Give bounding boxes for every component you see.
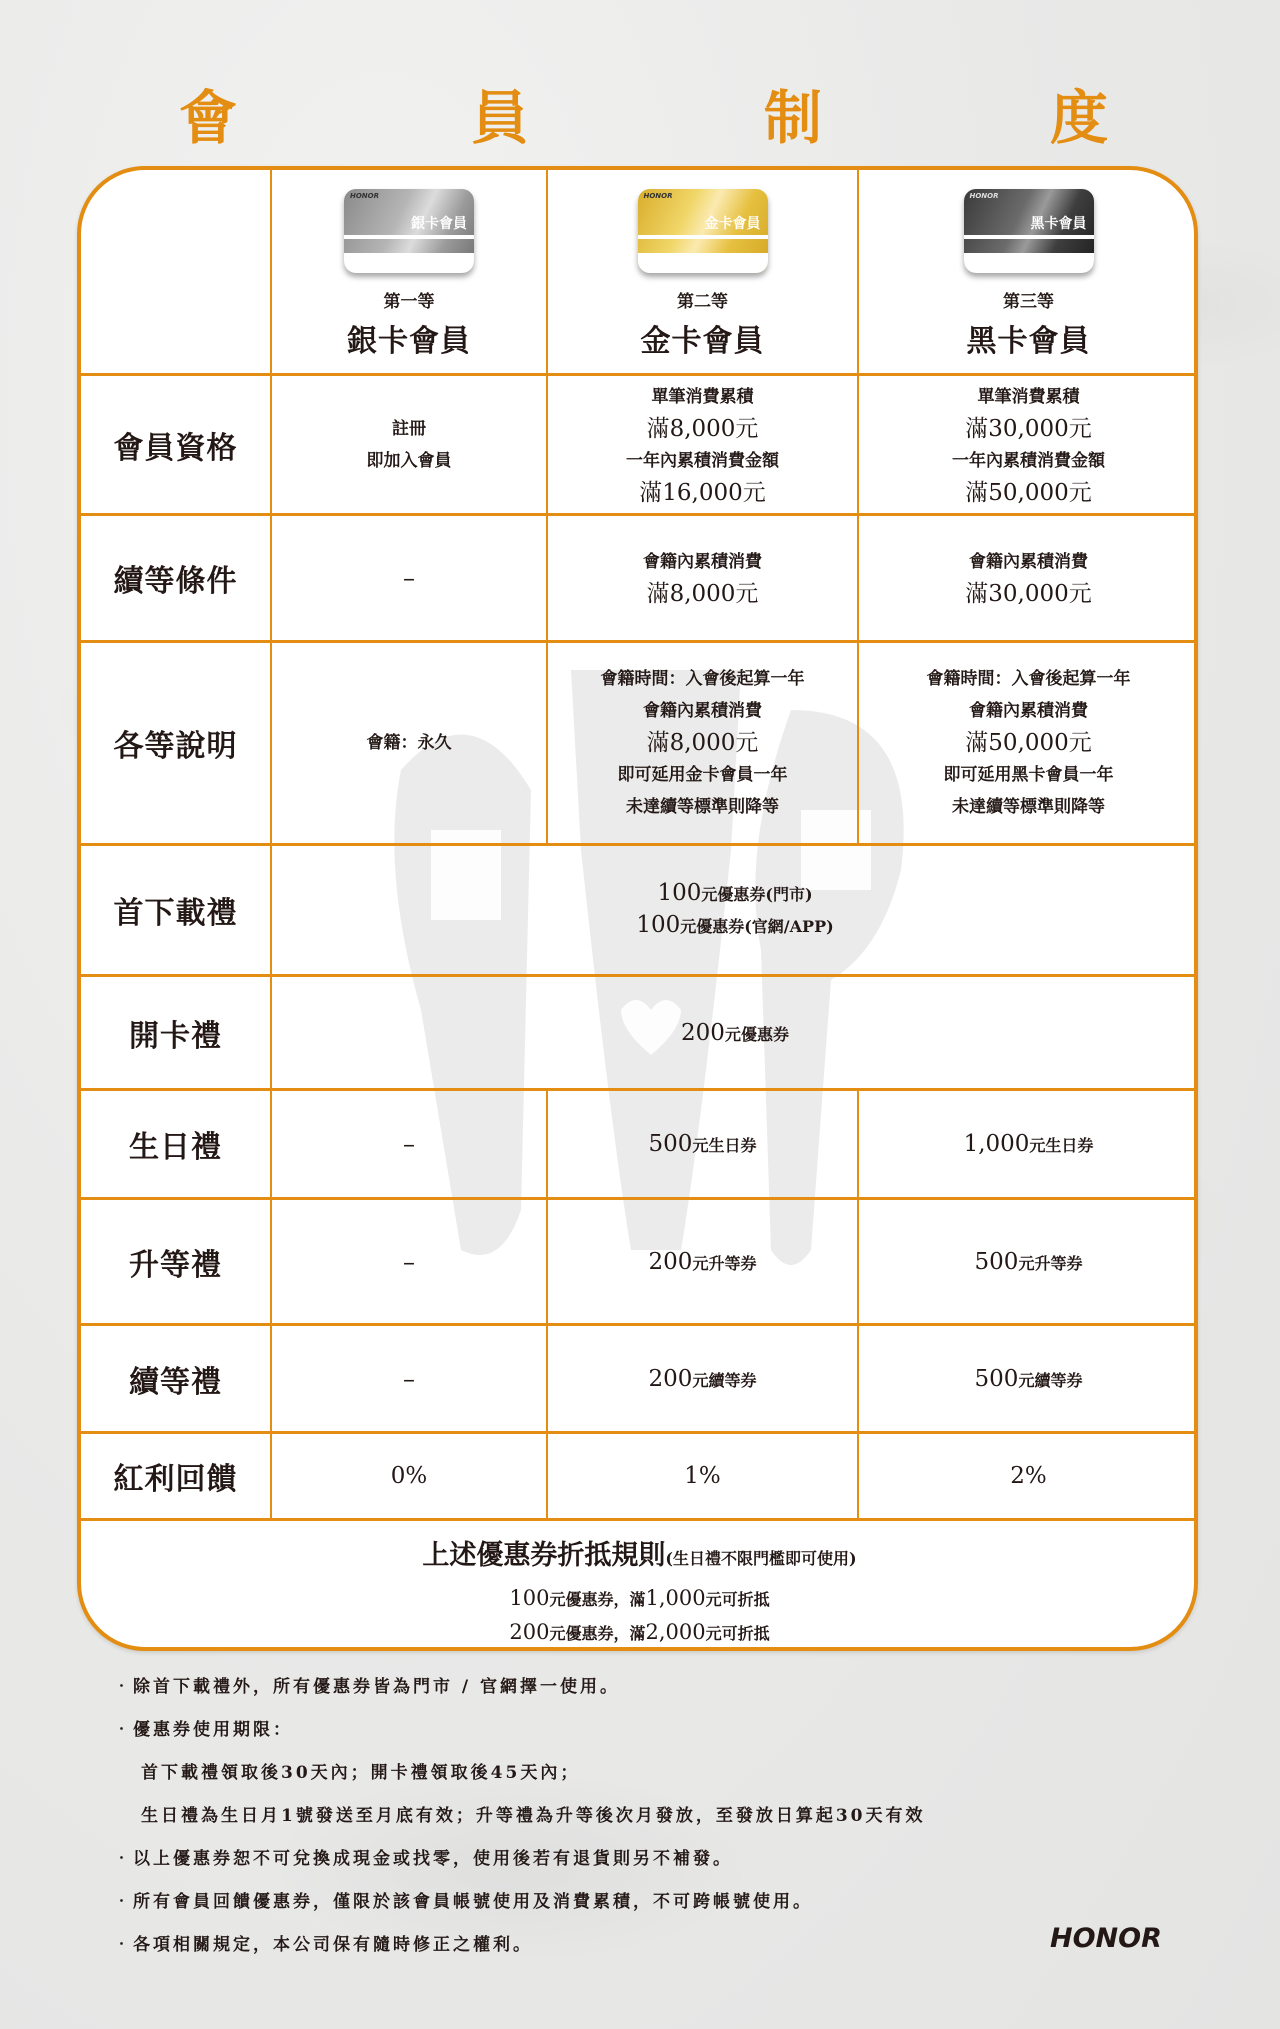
tier-description-black: 會籍時間：入會後起算一年 會籍內累積消費 滿50,000元 即可延用黑卡會員一年… [859,643,1198,843]
title-char: 員 [465,88,535,148]
renewal-gift-silver: – [272,1326,546,1431]
note-item: ‧所有會員回饋優惠券，僅限於該會員帳號使用及消費累積，不可跨帳號使用。 [113,1881,1113,1924]
renewal-condition-black: 會籍內累積消費 滿30,000元 [859,516,1198,640]
row-label-first-download-gift: 首下載禮 [81,846,270,974]
coupon-rules: 上述優惠券折抵規則(生日禮不限門檻即可使用) 100元優惠券，滿1,000元可折… [81,1521,1198,1651]
upgrade-gift-black: 500元升等券 [859,1200,1198,1323]
renewal-gift-gold: 200元續等券 [548,1326,857,1431]
row-label-birthday-gift: 生日禮 [81,1091,270,1197]
bonus-rebate-silver: 0% [272,1434,546,1518]
card-opening-gift-all: 200元優惠券 [272,977,1198,1088]
row-label-card-opening-gift: 開卡禮 [81,977,270,1088]
qualification-black: 單筆消費累積 滿30,000元 一年內累積消費金額 滿50,000元 [859,376,1198,513]
honor-logo: HONOR [1050,1923,1162,1954]
qualification-silver: 註冊 即加入會員 [272,376,546,513]
renewal-gift-black: 500元續等券 [859,1326,1198,1431]
note-item: ‧除首下載禮外，所有優惠券皆為門市 / 官網擇一使用。 [113,1666,1113,1709]
upgrade-gift-silver: – [272,1200,546,1323]
row-label-tier-description: 各等說明 [81,643,270,843]
row-label-bonus-rebate: 紅利回饋 [81,1434,270,1518]
terms-notes: ‧除首下載禮外，所有優惠券皆為門市 / 官網擇一使用。 ‧優惠券使用期限： 首下… [113,1666,1113,1967]
tier-header-silver: HONOR 銀卡會員 第一等 銀卡會員 [272,170,546,373]
renewal-condition-gold: 會籍內累積消費 滿8,000元 [548,516,857,640]
tier-header-black: HONOR 黑卡會員 第三等 黑卡會員 [859,170,1198,373]
title-char: 制 [758,88,828,148]
coupon-rules-title: 上述優惠券折抵規則 [422,1540,665,1571]
tier-name: 銀卡會員 [347,316,471,360]
gold-card-image: HONOR 金卡會員 [638,189,768,273]
birthday-gift-black: 1,000元生日券 [859,1091,1198,1197]
note-item: ‧各項相關規定，本公司保有隨時修正之權利。 [113,1924,1113,1967]
coupon-rule-line: 200元優惠券，滿2,000元可折抵 [509,1616,769,1650]
coupon-rule-line: 100元優惠券，滿1,000元可折抵 [509,1582,769,1616]
silver-card-image: HONOR 銀卡會員 [344,189,474,273]
first-download-gift-all: 100元優惠券(門市) 100元優惠券(官網/APP) [272,846,1198,974]
qualification-gold: 單筆消費累積 滿8,000元 一年內累積消費金額 滿16,000元 [548,376,857,513]
tier-name: 黑卡會員 [967,316,1091,360]
tier-name: 金卡會員 [641,316,765,360]
row-label-upgrade-gift: 升等禮 [81,1200,270,1323]
tier-header-gold: HONOR 金卡會員 第二等 金卡會員 [548,170,857,373]
bonus-rebate-black: 2% [859,1434,1198,1518]
renewal-condition-silver: – [272,516,546,640]
note-item: 首下載禮領取後30天內；開卡禮領取後45天內； [113,1752,1113,1795]
row-label-renewal-gift: 續等禮 [81,1326,270,1431]
tier-rank: 第三等 [1003,287,1054,312]
coupon-rules-note: (生日禮不限門檻即可使用) [665,1549,856,1568]
tier-description-silver: 會籍：永久 [272,643,546,843]
row-label-qualification: 會員資格 [81,376,270,513]
black-card-image: HONOR 黑卡會員 [964,189,1094,273]
birthday-gift-gold: 500元生日券 [548,1091,857,1197]
row-label-renewal-condition: 續等條件 [81,516,270,640]
membership-table: HONOR 銀卡會員 第一等 銀卡會員 HONOR 金卡會員 第二等 金卡會員 … [77,166,1198,1651]
note-item: ‧以上優惠券恕不可兌換成現金或找零，使用後若有退貨則另不補發。 [113,1838,1113,1881]
bonus-rebate-gold: 1% [548,1434,857,1518]
note-item: ‧優惠券使用期限： [113,1709,1113,1752]
page-title: 會 員 制 度 [0,88,1280,148]
note-item: 生日禮為生日月1號發送至月底有效；升等禮為升等後次月發放，至發放日算起30天有效 [113,1795,1113,1838]
tier-description-gold: 會籍時間：入會後起算一年 會籍內累積消費 滿8,000元 即可延用金卡會員一年 … [548,643,857,843]
tier-rank: 第二等 [677,287,728,312]
upgrade-gift-gold: 200元升等券 [548,1200,857,1323]
birthday-gift-silver: – [272,1091,546,1197]
title-char: 度 [1044,88,1114,148]
tier-rank: 第一等 [384,287,435,312]
title-char: 會 [173,88,243,148]
